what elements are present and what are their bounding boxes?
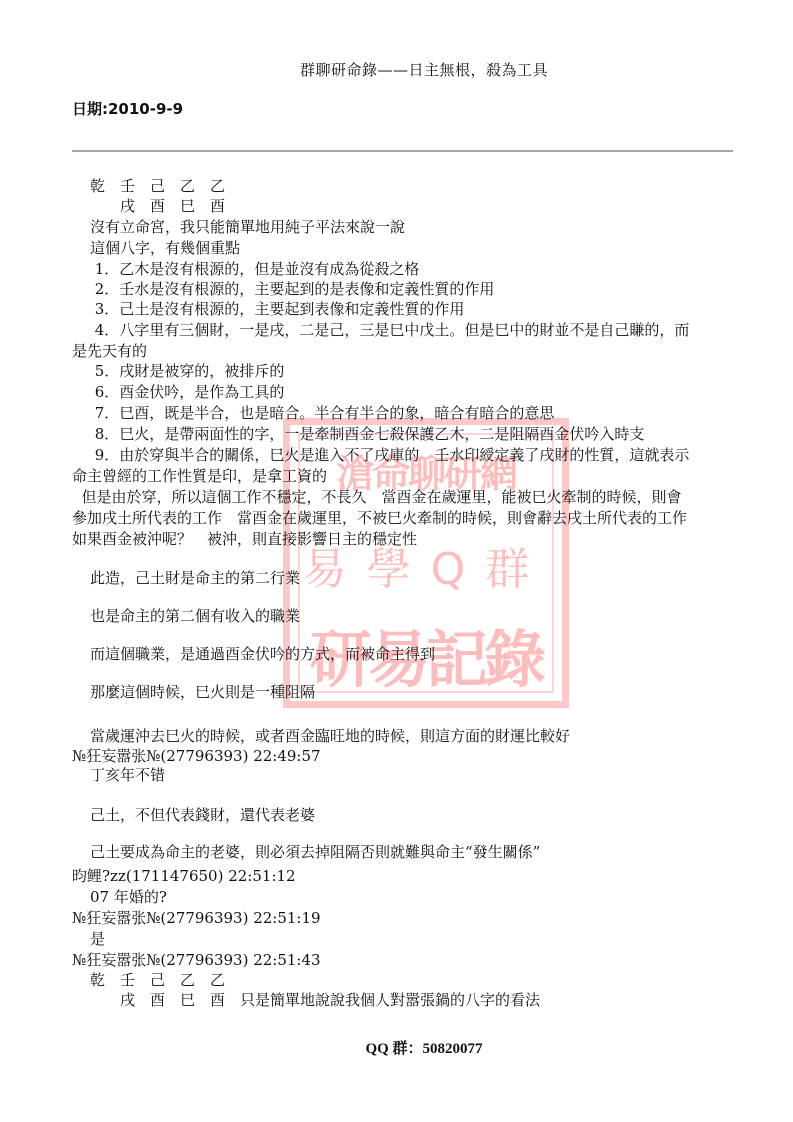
text-line: 昀鲤?zz(171147650) 22:51:12	[72, 866, 296, 886]
text-line: 是先天有的	[72, 341, 147, 361]
text-line: 此造，己土財是命主的第二行業	[72, 568, 300, 588]
text-line: 這個八字，有幾個重點	[72, 238, 240, 258]
text-line: 戌 酉 巳 酉	[72, 196, 225, 216]
text-line: 乾 壬 己 乙 乙	[72, 176, 225, 196]
text-line: 如果酉金被沖呢？ 被沖，則直接影響日主的穩定性	[72, 529, 417, 549]
text-line: 6．酉金伏吟，是作為工具的	[72, 382, 284, 402]
text-line: 己土要成為命主的老婆，則必須去掉阻隔否則就難與命主“發生關係”	[72, 842, 540, 862]
text-line: №狂妄嚣张№(27796393) 22:49:57	[72, 746, 321, 766]
text-line: 5．戌財是被穿的，被排斥的	[72, 361, 284, 381]
text-line: 丁亥年不错	[72, 765, 165, 785]
text-line: 7．巳酉，既是半合，也是暗合。半合有半合的象，暗合有暗合的意思	[72, 403, 554, 423]
document-title: 群聊研命錄——日主無根，殺為工具	[0, 59, 793, 80]
text-line: 也是命主的第二個有收入的職業	[72, 606, 300, 626]
text-line: 1．乙木是沒有根源的，但是並沒有成為從殺之格	[72, 259, 419, 279]
text-line: 參加戌土所代表的工作 當酉金在歲運里，不被巳火牽制的時候，則會辭去戌土所代表的工…	[72, 508, 687, 528]
text-line: 當歲運沖去巳火的時候，或者酉金臨旺地的時候，則這方面的財運比較好	[72, 726, 570, 746]
text-line: 那麼這個時候，巳火則是一種阻隔	[72, 682, 315, 702]
text-line: 2．壬水是沒有根源的，主要起到的是表像和定義性質的作用	[72, 279, 494, 299]
text-line: 但是由於穿，所以這個工作不穩定，不長久 當酉金在歲運里，能被巳火牽制的時候，則會	[72, 487, 682, 507]
date-label: 日期:2010-9-9	[72, 98, 183, 119]
text-line: 4．八字里有三個財，一是戌，二是己，三是巳中戊土。但是巳中的財並不是自己賺的，而	[72, 320, 689, 340]
text-line: №狂妄嚣张№(27796393) 22:51:43	[72, 950, 321, 970]
text-line: 戌 酉 巳 酉 只是簡單地說說我個人對嚣張鍋的八字的看法	[72, 990, 540, 1010]
text-line: 乾 壬 己 乙 乙	[72, 970, 225, 990]
text-line: 是	[72, 929, 105, 949]
text-line: 己土，不但代表錢財，還代表老婆	[72, 805, 315, 825]
text-line: 沒有立命宮，我只能簡單地用純子平法來說一說	[72, 217, 405, 237]
horizontal-divider	[72, 150, 733, 152]
text-line: №狂妄嚣张№(27796393) 22:51:19	[72, 908, 321, 928]
text-line: 而這個職業，是通過酉金伏吟的方式，而被命主得到	[72, 644, 435, 664]
text-line: 8．巳火，是帶兩面性的字，一是牽制酉金七殺保護乙木，二是阻隔酉金伏吟入時支	[72, 424, 644, 444]
text-line: 命主曾經的工作性質是印，是拿工資的	[72, 466, 327, 486]
text-line: 07 年婚的?	[72, 887, 167, 907]
text-line: 9．由於穿與半合的關係，巳火是進入不了戌庫的 壬水印綬定義了戌財的性質，這就表示	[72, 445, 689, 465]
text-line: 3．己土是沒有根源的，主要起到表像和定義性質的作用	[72, 299, 464, 319]
footer-qq-group: QQ 群：50820077	[0, 1037, 793, 1058]
